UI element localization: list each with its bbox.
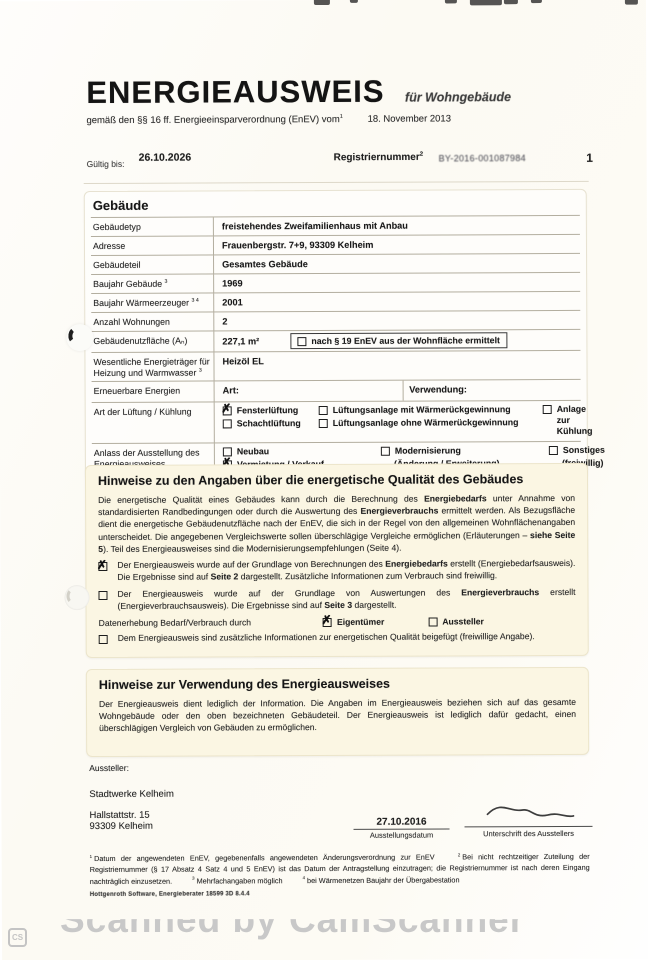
checkbox-icon: [319, 406, 328, 415]
row-value: 2: [213, 311, 580, 331]
checkbox-icon: [549, 446, 558, 455]
quality-hints-title: Hinweise zu den Angaben über die energet…: [98, 472, 575, 488]
checkbox-icon: [223, 419, 232, 428]
checkbox-icon: [381, 447, 390, 456]
checkbox-option: Modernisierung: [381, 445, 549, 457]
row-label: Baujahr Wärmeerzeuger 3 4: [91, 293, 213, 312]
scan-smudge: [625, 0, 638, 5]
table-row-address: Adresse Frauenbergstr. 7+9, 93309 Kelhei…: [91, 234, 580, 255]
document-title: ENERGIEAUSWEIS: [86, 74, 384, 110]
checkbox-option: Sonstiges: [549, 445, 605, 456]
area-value: 227,1 m²: [222, 336, 278, 346]
building-section: Gebäude Gebäudetyp freistehendes Zweifam…: [84, 189, 588, 481]
ventilation-col1: ✗Fensterlüftung Schachtlüftung: [223, 405, 309, 440]
additional-info-text: Dem Energieausweis sind zusätzliche Info…: [118, 631, 576, 645]
table-row-building-part: Gebäudeteil Gesamtes Gebäude: [91, 253, 580, 274]
option-label: Modernisierung: [395, 445, 461, 456]
consumption-certificate-option: Der Energieausweis wurde auf der Grundla…: [98, 587, 575, 613]
footnote-marker: 3 4: [191, 298, 198, 304]
option-label: Lüftungsanlage mit Wärmerückgewinnung: [333, 404, 511, 416]
scan-smudge: [445, 0, 457, 3]
checkbox-mark: ✗: [97, 558, 107, 570]
subtitle-text: gemäß den §§ 16 ff. Energieeinsparverord…: [86, 114, 339, 126]
row-label: Gebäudetyp: [91, 217, 213, 236]
demand-certificate-text: Der Energieausweis wurde auf der Grundla…: [117, 558, 575, 584]
table-row-building-type: Gebäudetyp freistehendes Zweifamilienhau…: [91, 215, 580, 236]
row-value: freistehendes Zweifamilienhaus mit Anbau: [213, 216, 580, 236]
scan-smudge: [531, 0, 542, 3]
option-label: Lüftungsanlage ohne Wärmerückgewinnung: [333, 417, 519, 429]
scan-smudge: [350, 0, 358, 3]
signature-label: Unterschrift des Ausstellers: [465, 829, 593, 839]
table-row-floor-area: Gebäudenutzfläche (Aₙ) 227,1 m² nach § 1…: [91, 329, 580, 352]
row-value: 227,1 m² nach § 19 EnEV aus der Wohnfläc…: [213, 330, 580, 352]
quality-intro-paragraph: Die energetische Qualität eines Gebäudes…: [98, 492, 575, 555]
building-section-title: Gebäude: [93, 196, 580, 213]
signature-squiggle: [473, 798, 583, 826]
checkbox-option: Schachtlüftung: [223, 418, 309, 429]
table-row-ventilation: Art der Lüftung / Kühlung ✗Fensterlüftun…: [92, 400, 581, 443]
building-table: Gebäudetyp freistehendes Zweifamilienhau…: [91, 215, 581, 477]
punch-hole: [66, 324, 93, 351]
punch-hole-shadow: [66, 588, 79, 604]
option-label: Aussteller: [442, 617, 484, 627]
row-value: 1969: [213, 273, 580, 293]
option-label: Fensterlüftung: [237, 405, 299, 416]
row-label: Gebäudenutzfläche (Aₙ): [91, 331, 213, 352]
issue-date-label: Ausstellungsdatum: [354, 830, 450, 839]
scanned-page: ENERGIEAUSWEIS für Wohngebäude gemäß den…: [0, 0, 648, 960]
data-collection-label: Datenerhebung Bedarf/Verbrauch durch: [99, 618, 251, 629]
option-label: Sonstiges: [563, 445, 605, 456]
table-row-energy-carrier: Wesentliche Energieträger für Heizung un…: [91, 350, 580, 381]
document-title-suffix: für Wohngebäude: [405, 90, 511, 104]
row-label: Adresse: [91, 236, 213, 255]
footnote-marker: 3: [199, 368, 202, 374]
row-value: Art: Verwendung:: [214, 380, 581, 402]
checkbox-icon: [428, 617, 437, 626]
checkbox-icon: [319, 419, 328, 428]
header-divider: [84, 181, 589, 184]
row-label: Erneuerbare Energien: [92, 381, 214, 402]
issuer-label: Aussteller:: [89, 763, 129, 773]
footnote-3: 3Mehrfachangaben möglich: [192, 876, 282, 885]
row-label: Anzahl Wohnungen: [91, 312, 213, 331]
ventilation-col3: Anlage zur Kühlung: [539, 404, 593, 439]
document-subtitle: gemäß den §§ 16 ff. Energieeinsparverord…: [86, 113, 451, 126]
punch-hole: [64, 585, 89, 610]
page-number: 1: [577, 145, 603, 171]
usage-paragraph: Der Energieausweis dient lediglich der I…: [99, 696, 576, 735]
data-collection-row: Datenerhebung Bedarf/Verbrauch durch ✗Ei…: [99, 616, 576, 628]
checkbox-mark: ✗: [321, 614, 331, 626]
demand-certificate-option: ✗ Der Energieausweis wurde auf der Grund…: [98, 558, 575, 584]
checkbox-icon: ✗: [98, 562, 107, 571]
checkbox-icon: ✗: [323, 618, 332, 627]
row-label: Baujahr Gebäude 3: [91, 274, 213, 293]
software-credit: Hottgenroth Software, Energieberater 185…: [90, 891, 250, 898]
area-option-box: nach § 19 EnEV aus der Wohnfläche ermitt…: [290, 332, 507, 349]
row-value: 2001: [213, 292, 580, 312]
checkbox-mark: ✗: [221, 403, 231, 415]
punch-hole-shadow: [68, 326, 84, 344]
row-label: Gebäudeteil: [91, 255, 213, 274]
footnotes: 1Datum der angewendeten EnEV, gegebenenf…: [90, 851, 590, 887]
regulation-date: 18. November 2013: [368, 114, 452, 125]
usage-hints-title: Hinweise zur Verwendung des Energieauswe…: [99, 676, 576, 692]
footnote-marker: 3: [165, 279, 168, 285]
table-row-renewables: Erneuerbare Energien Art: Verwendung:: [92, 379, 581, 402]
issuer-name: Stadtwerke Kelheim: [89, 789, 174, 800]
checkbox-icon: [543, 405, 552, 414]
option-label: Neubau: [237, 446, 269, 457]
row-label: Wesentliche Energieträger für Heizung un…: [91, 352, 213, 381]
renewables-type-label: Art:: [215, 381, 403, 402]
row-value: Frauenbergstr. 7+9, 93309 Kelheim: [213, 235, 580, 255]
area-option-label: nach § 19 EnEV aus der Wohnfläche ermitt…: [311, 335, 500, 346]
checkbox-option: Neubau: [223, 446, 381, 458]
option-label: Eigentümer: [337, 617, 384, 627]
checkbox-icon: ✗: [223, 406, 232, 415]
valid-until-label: Gültig bis:: [87, 159, 125, 169]
usage-hints-section: Hinweise zur Verwendung des Energieauswe…: [86, 667, 589, 757]
consumption-certificate-text: Der Energieausweis wurde auf der Grundla…: [117, 587, 575, 613]
row-value: ✗Fensterlüftung Schachtlüftung Lüftungsa…: [214, 401, 597, 443]
renewables-use-label: Verwendung:: [402, 380, 580, 401]
issuer-city: 93309 Kelheim: [89, 821, 152, 832]
checkbox-icon: [98, 591, 107, 600]
issuer-street: Hallstattstr. 15: [89, 810, 149, 821]
table-row-heater-year: Baujahr Wärmeerzeuger 3 4 2001: [91, 291, 580, 312]
checkbox-option: Lüftungsanlage mit Wärmerückgewinnung: [319, 404, 529, 416]
registration-number-label: Registriernummer2: [334, 152, 424, 164]
table-row-construction-year: Baujahr Gebäude 3 1969: [91, 272, 580, 293]
valid-until-date: 26.10.2026: [139, 152, 192, 164]
issue-date-block: 27.10.2016 Ausstellungsdatum: [353, 816, 449, 839]
issuer-option: Aussteller: [428, 617, 484, 627]
checkbox-icon: [297, 337, 306, 346]
signature-block: Unterschrift des Ausstellers: [464, 798, 592, 839]
row-value: Gesamtes Gebäude: [213, 254, 580, 274]
footnote-1: 1Datum der angewendeten EnEV, gegebenenf…: [90, 853, 435, 864]
scan-smudge: [504, 0, 518, 4]
checkbox-icon: [99, 635, 108, 644]
scan-smudge: [470, 0, 502, 5]
footnote-4: 4bei Wärmenetzen Baujahr der Übergabesta…: [303, 875, 460, 885]
footnote-marker: 2: [420, 152, 423, 158]
row-value: Heizöl EL: [213, 351, 580, 381]
footnote-marker: 1: [340, 114, 343, 120]
validity-row: Gültig bis: 26.10.2026 Registriernummer2…: [87, 148, 599, 176]
checkbox-option: Anlage zur Kühlung: [543, 404, 593, 437]
checkbox-option: ✗Fensterlüftung: [223, 405, 309, 416]
quality-hints-section: Hinweise zu den Angaben über die energet…: [85, 463, 589, 658]
scan-smudge: [314, 0, 330, 5]
owner-option: ✗Eigentümer: [323, 617, 384, 627]
row-label: Art der Lüftung / Kühlung: [92, 402, 214, 442]
option-label: Schachtlüftung: [237, 418, 301, 429]
table-row-apartments: Anzahl Wohnungen 2: [91, 310, 580, 331]
issue-date: 27.10.2016: [353, 816, 449, 829]
registration-number-value: BY-2016-001087984: [439, 153, 526, 163]
document-header: ENERGIEAUSWEIS für Wohngebäude: [86, 73, 596, 111]
ventilation-col2: Lüftungsanlage mit Wärmerückgewinnung Lü…: [319, 404, 529, 440]
scan-artifacts: [0, 0, 646, 1]
checkbox-option: Lüftungsanlage ohne Wärmerückgewinnung: [319, 417, 529, 429]
additional-info-option: Dem Energieausweis sind zusätzliche Info…: [99, 631, 576, 645]
option-label: Anlage zur Kühlung: [557, 404, 593, 437]
camscanner-badge-icon: CS: [8, 928, 27, 947]
